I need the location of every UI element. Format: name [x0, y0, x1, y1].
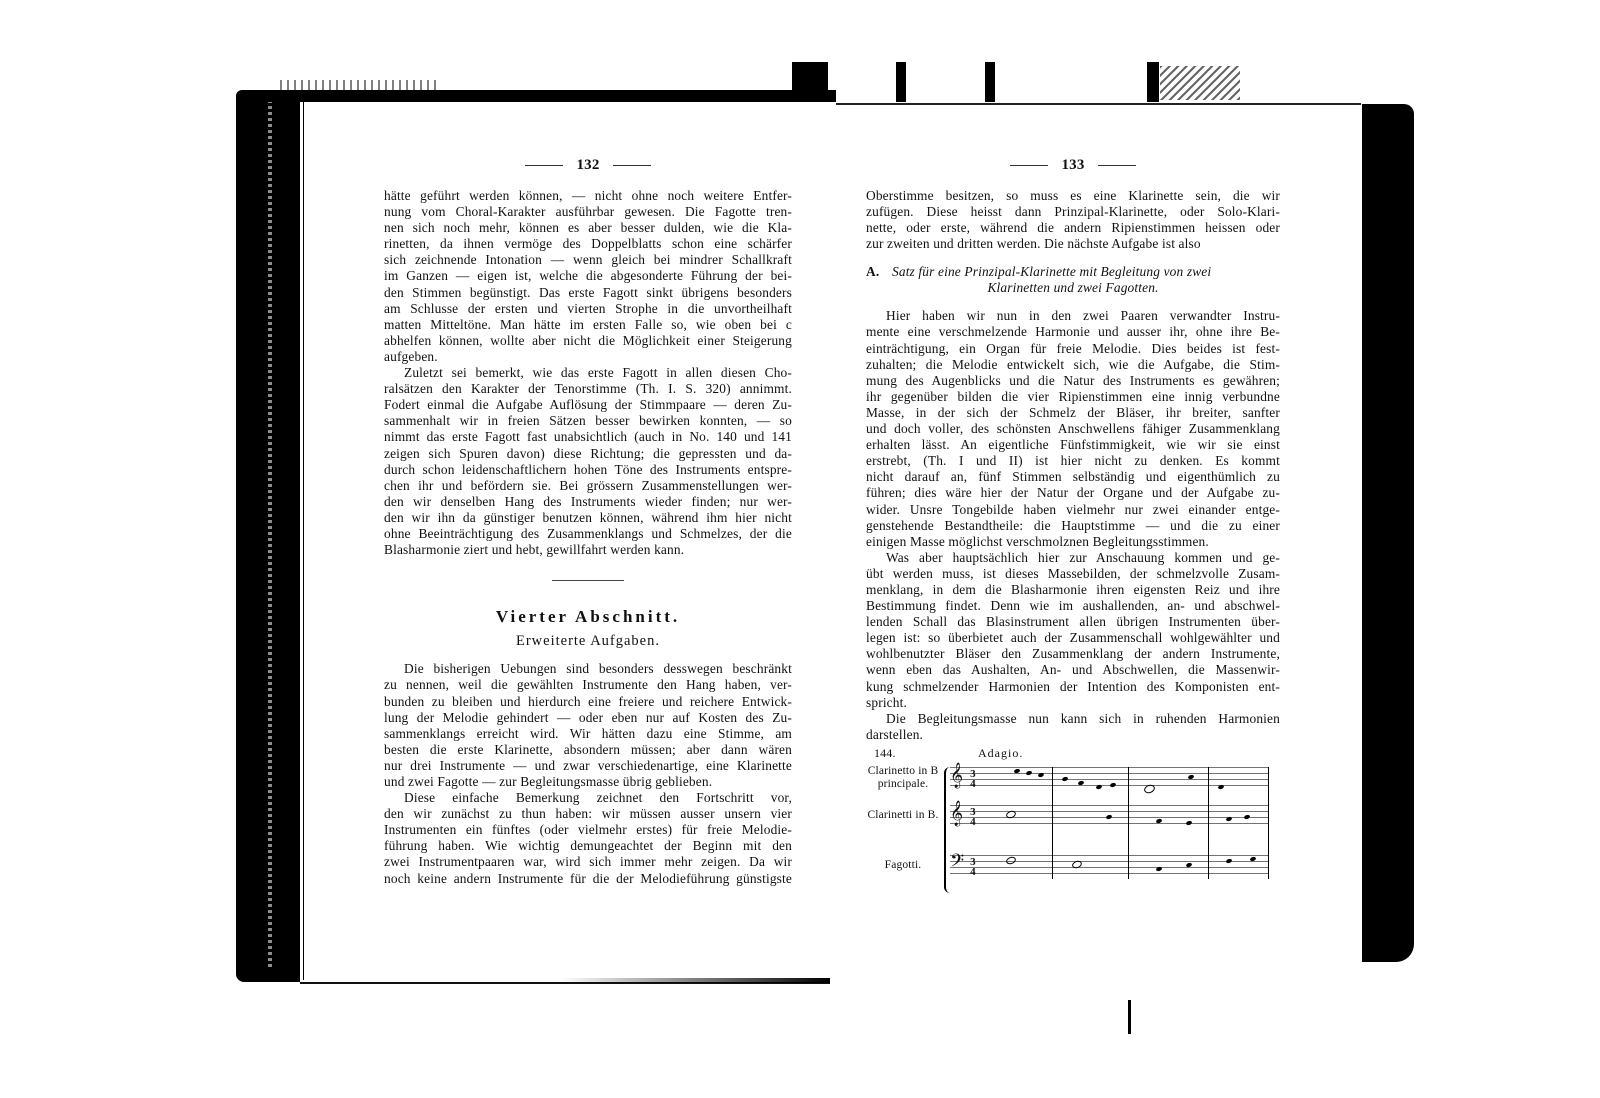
page-number-header: 133 [866, 152, 1280, 178]
text-line: nette, oder erste, während die andern Ri… [866, 220, 1280, 236]
rule [613, 165, 651, 166]
text-line: führen; dies wäre hier der Natur der Org… [866, 485, 1280, 501]
text-line: mente eine verschmelzende Harmonie und a… [866, 324, 1280, 340]
text-line: führung haben. Wie wichtig demungeachtet… [384, 838, 792, 854]
section-divider [552, 580, 624, 581]
text-line: im Ganzen — eigen ist, welche die abgeso… [384, 268, 792, 284]
barline [1268, 767, 1269, 879]
time-signature: 34 [968, 857, 978, 877]
text-line: lenden Schall das Blasinstrument allen ü… [866, 614, 1280, 630]
barline [1052, 767, 1053, 879]
page-bottom-shadow [560, 978, 830, 983]
page-number: 132 [577, 157, 600, 173]
text-line: Blasharmonie ziert und hebt, gewillfahrt… [384, 542, 792, 558]
text-line: Masse, in der sich der Schmelz der Bläse… [866, 405, 1280, 421]
text-line: zufügen. Diese heisst dann Prinzipal-Kla… [866, 204, 1280, 220]
barline [1128, 767, 1129, 879]
treble-clef-icon: 𝄞 [950, 801, 963, 825]
text-line: durch schon leidenschaftlichern hohen Tö… [384, 462, 792, 478]
text-line: den Stimmen begünstigt. Das erste Fagott… [384, 285, 792, 301]
instrument-label-bassoons: Fagotti. [860, 859, 946, 872]
text-line: menklang, in dem die Blasharmonie ihren … [866, 582, 1280, 598]
page-number: 133 [1062, 157, 1085, 173]
section-title: Vierter Abschnitt. [384, 609, 792, 625]
text-line: spricht. [866, 695, 1280, 711]
instrument-label-clarinets: Clarinetti in B. [860, 809, 946, 822]
text-line: genstehende Bestandtheile: die Hauptstim… [866, 518, 1280, 534]
text-line: zwei Instrumentpaaren war, wird sich imm… [384, 854, 792, 870]
text-line: nung vom Choral-Karakter ausführbar gewe… [384, 204, 792, 220]
text-line: noch keine andern Instrumente für die de… [384, 871, 792, 887]
text-line: Hier haben wir nun in den zwei Paaren ve… [866, 308, 1280, 324]
text-line: erhalten lässt. An eigentliche Fünfstimm… [866, 437, 1280, 453]
scan-noise [280, 80, 440, 92]
rule [1010, 165, 1048, 166]
music-example: 144. Adagio. Clarinetto in B principale.… [866, 745, 1280, 895]
text-line: den wir zunächst zu thun haben: wir müss… [384, 806, 792, 822]
barline [1208, 767, 1209, 879]
text-line: zu nennen, weil die gewählten Instrument… [384, 677, 792, 693]
text-line: Diese einfache Bemerkung zeichnet den Fo… [384, 790, 792, 806]
text-line: lung der Melodie gehindert — oder eben n… [384, 710, 792, 726]
rule [525, 165, 563, 166]
bookmark-tab [1147, 62, 1159, 102]
text-line: besten die erste Klarinette, absondern m… [384, 742, 792, 758]
text-line: Die Begleitungsmasse nun kann sich in ru… [866, 711, 1280, 727]
text-line: den wir denselben Hang des Instruments w… [384, 494, 792, 510]
text-line: abhelfen können, wollte aber nicht die M… [384, 333, 792, 349]
text-line: kung schmelzender Harmonien der Intentio… [866, 679, 1280, 695]
text-line: sammenhalt wir in freien Sätzen besser b… [384, 413, 792, 429]
body-text: Die bisherigen Uebungen sind besonders d… [384, 661, 792, 886]
body-text: Oberstimme besitzen, so muss es eine Kla… [866, 188, 1280, 252]
right-page: 133 Oberstimme besitzen, so muss es eine… [866, 152, 1280, 895]
left-page: 132 hätte geführt werden können, — nicht… [384, 152, 792, 887]
text-line: nicht darauf an, fünf Stimmen selbständi… [866, 469, 1280, 485]
section-subtitle: Erweiterte Aufgaben. [384, 633, 792, 649]
tempo-marking: Adagio. [978, 745, 1023, 761]
staff-bassoons [950, 855, 1268, 879]
text-line: einträchtigung, ein Organ für freie Melo… [866, 341, 1280, 357]
body-text: Hier haben wir nun in den zwei Paaren ve… [866, 308, 1280, 743]
text-line: nur drei Instrumente — und zwar verschie… [384, 758, 792, 774]
text-line: ihr gegenüber bilden die vier Ripienstim… [866, 389, 1280, 405]
text-line: und doch voller, des schönsten Anschwell… [866, 421, 1280, 437]
text-line: zeigen sich Spuren davon) diese Richtung… [384, 446, 792, 462]
text-line: am Schlusse der ersten und vierten Strop… [384, 301, 792, 317]
text-line: wenn eben das Aushalten, An- und Abschwe… [866, 662, 1280, 678]
text-line: wohlbenutzter Bläser den Zusammenklang d… [866, 646, 1280, 662]
text-line: nen sich noch mehr, können es aber besse… [384, 220, 792, 236]
exercise-heading: A.Satz für eine Prinzipal-Klarinette mit… [866, 264, 1280, 296]
text-line: sammenklangs erreicht wird. Wir hätten d… [384, 726, 792, 742]
text-line: den wir ihn da günstiger benutzen können… [384, 510, 792, 526]
text-line: mung des Augenblicks und die Natur des I… [866, 373, 1280, 389]
page-number-header: 132 [384, 152, 792, 178]
book-cover-right-edge [1362, 104, 1414, 962]
text-line: erstrebt, (Th. I und II) ist hier nicht … [866, 453, 1280, 469]
bookmark-tab [792, 62, 828, 102]
exercise-title-line1: Satz für eine Prinzipal-Klarinette mit B… [892, 264, 1211, 279]
rule [1098, 165, 1136, 166]
text-line: übt werden muss, ist dieses Massebilden,… [866, 566, 1280, 582]
text-line: Oberstimme besitzen, so muss es eine Kla… [866, 188, 1280, 204]
text-line: Bestimmung findet. Denn wie im aushallen… [866, 598, 1280, 614]
text-line: legen ist: so überbietet auch der Zusamm… [866, 630, 1280, 646]
text-line: Zuletzt sei bemerkt, wie das erste Fagot… [384, 365, 792, 381]
text-line: hätte geführt werden können, — nicht ohn… [384, 188, 792, 204]
page-top-edge-right [836, 103, 1361, 105]
body-text: hätte geführt werden können, — nicht ohn… [384, 188, 792, 558]
text-line: sich zeichnende Intonation — wenn gleich… [384, 252, 792, 268]
text-line: rinetten, da ihnen vermöge des Doppelbla… [384, 236, 792, 252]
text-line: zuhalten; die Melodie entwickelt sich, w… [866, 357, 1280, 373]
bass-clef-icon: 𝄢 [950, 851, 964, 875]
example-number: 144. [874, 745, 896, 761]
text-line: chen ihr und befördern sie. Bei grössern… [384, 478, 792, 494]
text-line: Was aber hauptsächlich hier zur Anschauu… [866, 550, 1280, 566]
time-signature: 34 [968, 807, 978, 827]
text-line: und zwei Fagotte — zur Begleitungsmasse … [384, 774, 792, 790]
text-line: darstellen. [866, 727, 1280, 743]
text-line: Instrumenten ein fünftes (oder vielmehr … [384, 822, 792, 838]
text-line: zur zweiten und dritten werden. Die näch… [866, 236, 1280, 252]
instrument-label-clarinet-principal: Clarinetto in B principale. [860, 765, 946, 791]
text-line: ralsätzen den Karakter der Tenorstimme (… [384, 381, 792, 397]
bookmark-tab [896, 62, 906, 102]
text-line: matten Mitteltöne. Man hätte im ersten F… [384, 317, 792, 333]
text-line: nimmt das erste Fagott fast unabsichtlic… [384, 429, 792, 445]
text-line: einigen Masse möglichst verschmolznen Be… [866, 534, 1280, 550]
text-line: bunden zu bleiben und hierdurch eine fre… [384, 694, 792, 710]
scan-noise [1160, 66, 1240, 100]
bookmark-tab [985, 62, 995, 102]
exercise-title-line2: Klarinetten und zwei Fagotten. [866, 280, 1280, 296]
time-signature: 34 [968, 769, 978, 789]
page-stack-left [268, 100, 272, 970]
text-line: Fodert einmal die Aufgabe Auflösung der … [384, 397, 792, 413]
text-line: wider. Unsre Tongebilde haben vielmehr n… [866, 502, 1280, 518]
text-line: Die bisherigen Uebungen sind besonders d… [384, 661, 792, 677]
text-line: aufgeben. [384, 349, 792, 365]
scan-artifact [1128, 1000, 1131, 1034]
page-edge-line [296, 106, 297, 976]
text-line: ohne Beeinträchtigung des Zusammenklangs… [384, 526, 792, 542]
exercise-label: A. [866, 264, 892, 280]
treble-clef-icon: 𝄞 [950, 763, 963, 787]
